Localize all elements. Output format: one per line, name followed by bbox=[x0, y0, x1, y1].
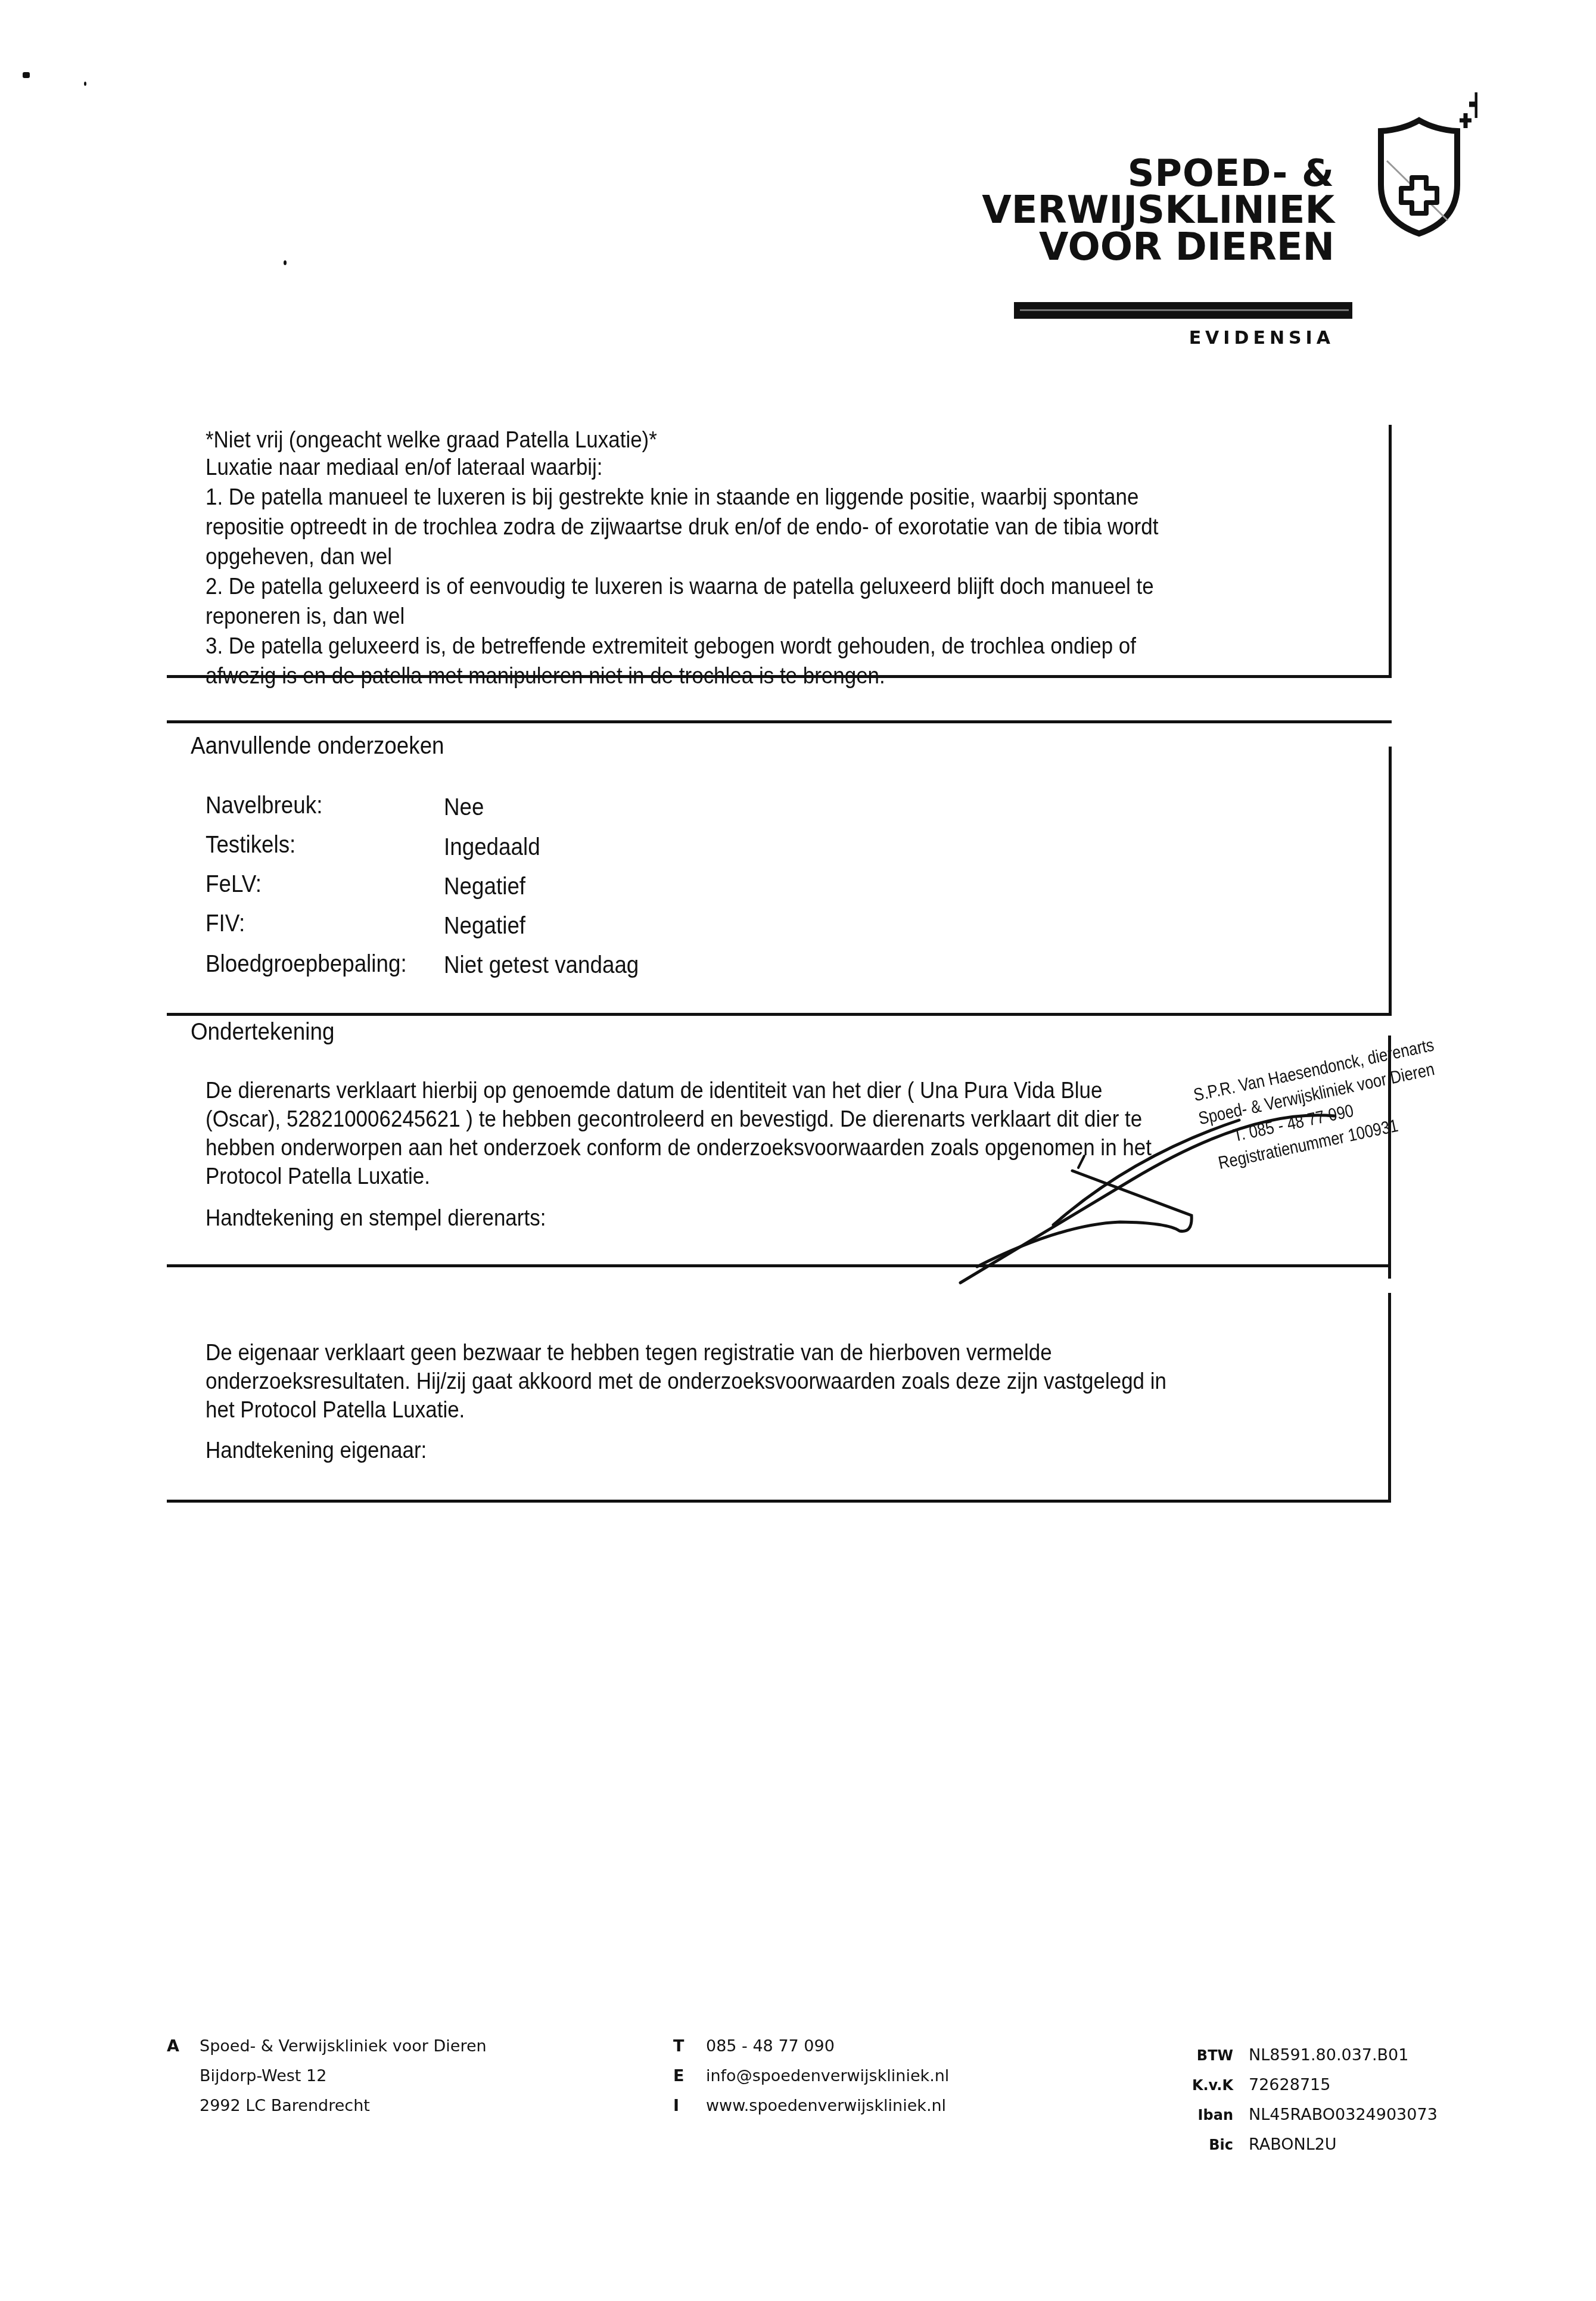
vet-declaration-line: (Oscar), 528210006245621 ) te hebben gec… bbox=[206, 1105, 1142, 1134]
owner-declaration-line: het Protocol Patella Luxatie. bbox=[206, 1395, 465, 1425]
scan-speck bbox=[84, 82, 86, 86]
logo-line-3: VOOR DIEREN bbox=[982, 229, 1334, 266]
footer-address: ASpoed- & Verwijskliniek voor Dieren Bij… bbox=[167, 2032, 487, 2121]
criteria-line: opgeheven, dan wel bbox=[206, 542, 392, 572]
email-link[interactable]: info@spoedenverwijskliniek.nl bbox=[706, 2067, 949, 2085]
btw-key: BTW bbox=[1168, 2041, 1233, 2070]
criteria-line: repositie optreedt in de trochlea zodra … bbox=[206, 512, 1158, 542]
scan-speck bbox=[23, 72, 30, 78]
criteria-line: reponeren is, dan wel bbox=[206, 602, 405, 632]
owner-declaration-line: onderzoeksresultaten. Hij/zij gaat akkoo… bbox=[206, 1367, 1166, 1397]
logo-brand: EVIDENSIA bbox=[1189, 328, 1334, 349]
address-line: Spoed- & Verwijskliniek voor Dieren bbox=[200, 2037, 487, 2056]
logo-line-2: VERWIJSKLINIEK bbox=[982, 192, 1334, 229]
phone-key: T bbox=[673, 2032, 706, 2061]
box-border bbox=[167, 1500, 1391, 1503]
logo-bar bbox=[1014, 302, 1352, 319]
test-value-testikels: Ingedaald bbox=[444, 834, 540, 861]
criteria-line: afwezig is en de patella met manipuleren… bbox=[206, 661, 885, 691]
criteria-line: 2. De patella geluxeerd is of eenvoudig … bbox=[206, 572, 1154, 602]
test-value-navelbreuk: Nee bbox=[444, 794, 484, 821]
signature-section-title: Ondertekening bbox=[191, 1019, 334, 1046]
address-line: Bijdorp-West 12 bbox=[200, 2067, 326, 2085]
vet-stamp: S.P.R. Van Haesendonck, dierenarts Spoed… bbox=[1191, 1024, 1494, 1177]
test-label-navelbreuk: Navelbreuk: bbox=[206, 792, 322, 819]
footer-registration: BTWNL8591.80.037.B01 K.v.K72628715 IbanN… bbox=[1168, 2041, 1438, 2160]
email-key: E bbox=[673, 2061, 706, 2091]
owner-signature-label: Handtekening eigenaar: bbox=[206, 1436, 427, 1466]
test-value-fiv: Negatief bbox=[444, 913, 525, 940]
box-border bbox=[1389, 425, 1392, 678]
test-label-felv: FeLV: bbox=[206, 871, 262, 898]
test-label-bloedgroep: Bloedgroepbepaling: bbox=[206, 951, 407, 978]
box-border bbox=[167, 1013, 1392, 1016]
logo-wordmark: SPOED- & VERWIJSKLINIEK VOOR DIEREN bbox=[982, 155, 1334, 266]
test-label-testikels: Testikels: bbox=[206, 832, 295, 859]
iban-value: NL45RABO0324903073 bbox=[1249, 2106, 1438, 2124]
box-border bbox=[1389, 747, 1392, 1016]
address-line: 2992 LC Barendrecht bbox=[200, 2097, 370, 2115]
criteria-title: *Niet vrij (ongeacht welke graad Patella… bbox=[206, 425, 657, 455]
btw-value: NL8591.80.037.B01 bbox=[1249, 2046, 1408, 2064]
kvk-key: K.v.K bbox=[1168, 2070, 1233, 2100]
criteria-line: 3. De patella geluxeerd is, de betreffen… bbox=[206, 632, 1136, 661]
box-border bbox=[167, 1264, 1391, 1267]
footer-contact: T085 - 48 77 090 Einfo@spoedenverwijskli… bbox=[673, 2032, 949, 2121]
test-value-felv: Negatief bbox=[444, 873, 525, 900]
website-link[interactable]: www.spoedenverwijskliniek.nl bbox=[706, 2097, 946, 2115]
bic-value: RABONL2U bbox=[1249, 2135, 1337, 2154]
address-key: A bbox=[167, 2032, 200, 2061]
owner-declaration-line: De eigenaar verklaart geen bezwaar te he… bbox=[206, 1338, 1052, 1368]
test-label-fiv: FIV: bbox=[206, 910, 245, 937]
criteria-line: 1. De patella manueel te luxeren is bij … bbox=[206, 483, 1138, 512]
scan-speck bbox=[284, 260, 287, 265]
iban-key: Iban bbox=[1168, 2100, 1233, 2130]
vet-declaration-line: Protocol Patella Luxatie. bbox=[206, 1162, 430, 1192]
web-key: I bbox=[673, 2091, 706, 2121]
logo-line-1: SPOED- & bbox=[982, 155, 1334, 192]
bic-key: Bic bbox=[1168, 2130, 1233, 2160]
shield-cross-icon bbox=[1364, 71, 1477, 250]
criteria-subtitle: Luxatie naar mediaal en/of lateraal waar… bbox=[206, 453, 603, 483]
vet-signature-label: Handtekening en stempel dierenarts: bbox=[206, 1204, 546, 1233]
phone-value[interactable]: 085 - 48 77 090 bbox=[706, 2037, 835, 2056]
test-value-bloedgroep: Niet getest vandaag bbox=[444, 952, 639, 979]
additional-tests-title: Aanvullende onderzoeken bbox=[191, 733, 444, 760]
section-divider bbox=[167, 720, 1392, 723]
box-border bbox=[1388, 1293, 1391, 1503]
kvk-value: 72628715 bbox=[1249, 2076, 1330, 2094]
vet-declaration-line: hebben onderworpen aan het onderzoek con… bbox=[206, 1133, 1152, 1163]
vet-declaration-line: De dierenarts verklaart hierbij op genoe… bbox=[206, 1076, 1102, 1106]
